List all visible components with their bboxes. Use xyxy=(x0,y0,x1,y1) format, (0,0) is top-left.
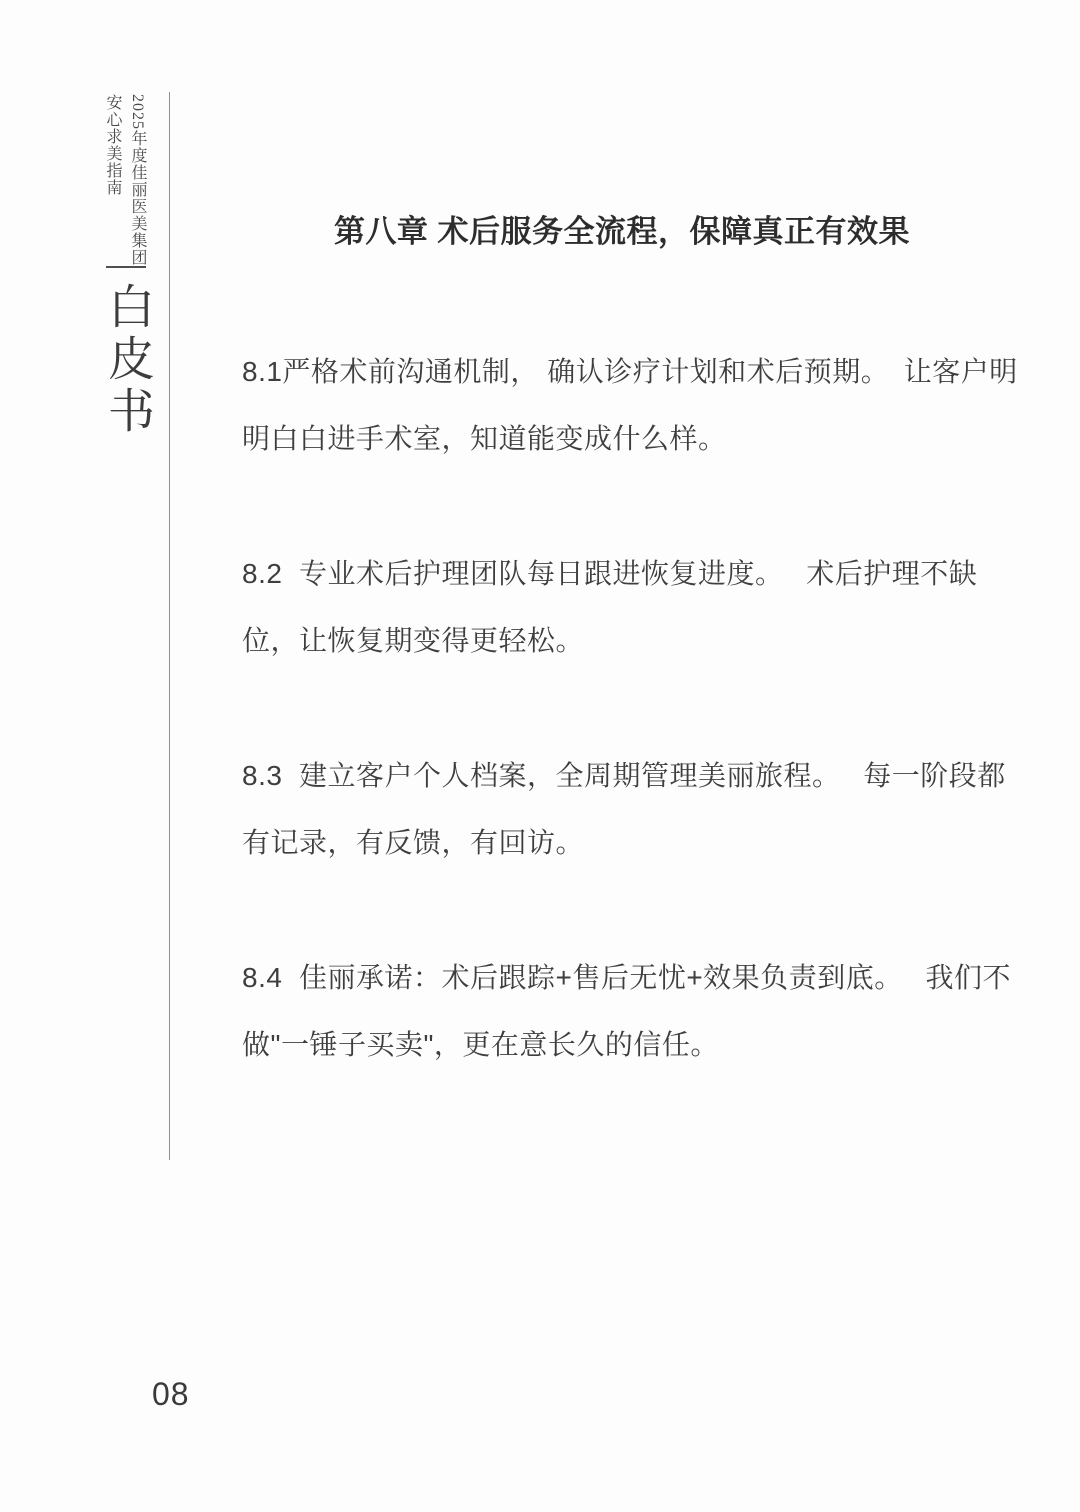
paragraph-line: 做"一锤子买卖"，更在意长久的信任。 xyxy=(242,1011,1032,1078)
document-page: 2025年度佳丽医美集团 安心求美指南 白皮书 第八章 术后服务全流程，保障真正… xyxy=(0,0,1080,1512)
body-paragraph-8-3: 8.3 建立客户个人档案，全周期管理美丽旅程。 每一阶段都 有记录，有反馈，有回… xyxy=(242,742,1032,876)
page-number: 08 xyxy=(152,1376,190,1412)
body-paragraph-8-1: 8.1严格术前沟通机制， 确认诊疗计划和术后预期。 让客户明 明白白进手术室，知… xyxy=(242,338,1032,472)
sidebar-divider xyxy=(106,266,146,268)
body-paragraph-8-2: 8.2 专业术后护理团队每日跟进恢复进度。 术后护理不缺 位，让恢复期变得更轻松… xyxy=(242,540,1032,674)
paragraph-line: 有记录，有反馈，有回访。 xyxy=(242,809,1032,876)
sidebar-meta-line-edition: 2025年度佳丽医美集团 xyxy=(125,94,150,284)
paragraph-line: 8.1严格术前沟通机制， 确认诊疗计划和术后预期。 让客户明 xyxy=(242,338,1032,405)
sidebar-vertical-rule xyxy=(169,92,170,1160)
whitepaper-wordmark: 白皮书 xyxy=(101,282,153,438)
sidebar-meta-line-guide: 安心求美指南 xyxy=(100,94,125,284)
paragraph-line: 位，让恢复期变得更轻松。 xyxy=(242,607,1032,674)
paragraph-line: 明白白进手术室，知道能变成什么样。 xyxy=(242,405,1032,472)
chapter-title: 第八章 术后服务全流程，保障真正有效果 xyxy=(242,212,1002,252)
paragraph-line: 8.2 专业术后护理团队每日跟进恢复进度。 术后护理不缺 xyxy=(242,540,1032,607)
body-text-block: 8.1严格术前沟通机制， 确认诊疗计划和术后预期。 让客户明 明白白进手术室，知… xyxy=(242,338,1032,1146)
body-paragraph-8-4: 8.4 佳丽承诺：术后跟踪+售后无忧+效果负责到底。 我们不 做"一锤子买卖"，… xyxy=(242,944,1032,1078)
paragraph-line: 8.3 建立客户个人档案，全周期管理美丽旅程。 每一阶段都 xyxy=(242,742,1032,809)
sidebar-meta-vertical: 2025年度佳丽医美集团 安心求美指南 xyxy=(100,94,150,284)
paragraph-line: 8.4 佳丽承诺：术后跟踪+售后无忧+效果负责到底。 我们不 xyxy=(242,944,1032,1011)
